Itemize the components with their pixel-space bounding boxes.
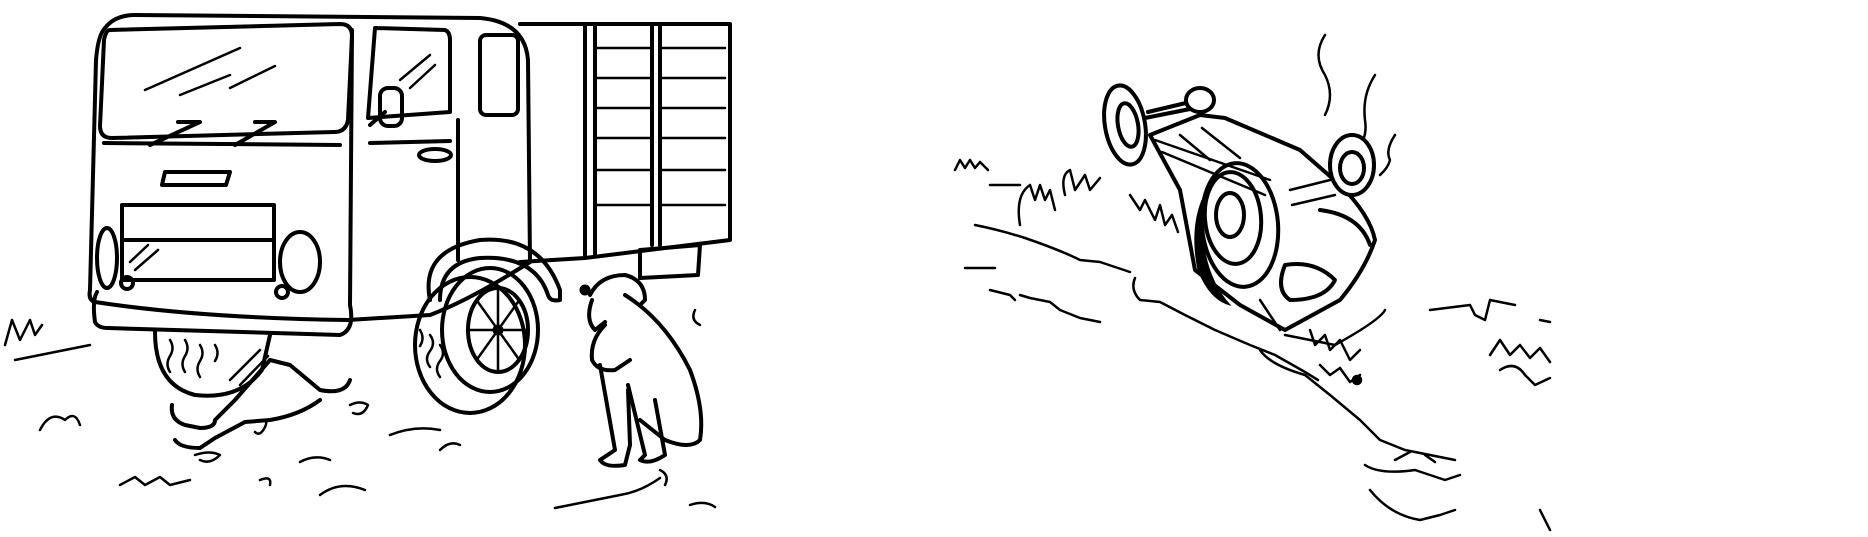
overturned-car-drawing [940,0,1868,537]
truck-scene-illustration [0,0,760,537]
truck-cab [90,15,530,335]
road-edges [965,225,1550,530]
cargo-bed [520,24,730,278]
front-wheel [155,332,270,396]
overturned-car-scene-illustration [940,0,1868,537]
crouching-man [580,275,701,466]
overturned-car [1098,82,1385,345]
truck-scene-drawing [0,0,760,537]
rear-wheel [415,240,560,413]
roadside-grass [955,160,1550,385]
